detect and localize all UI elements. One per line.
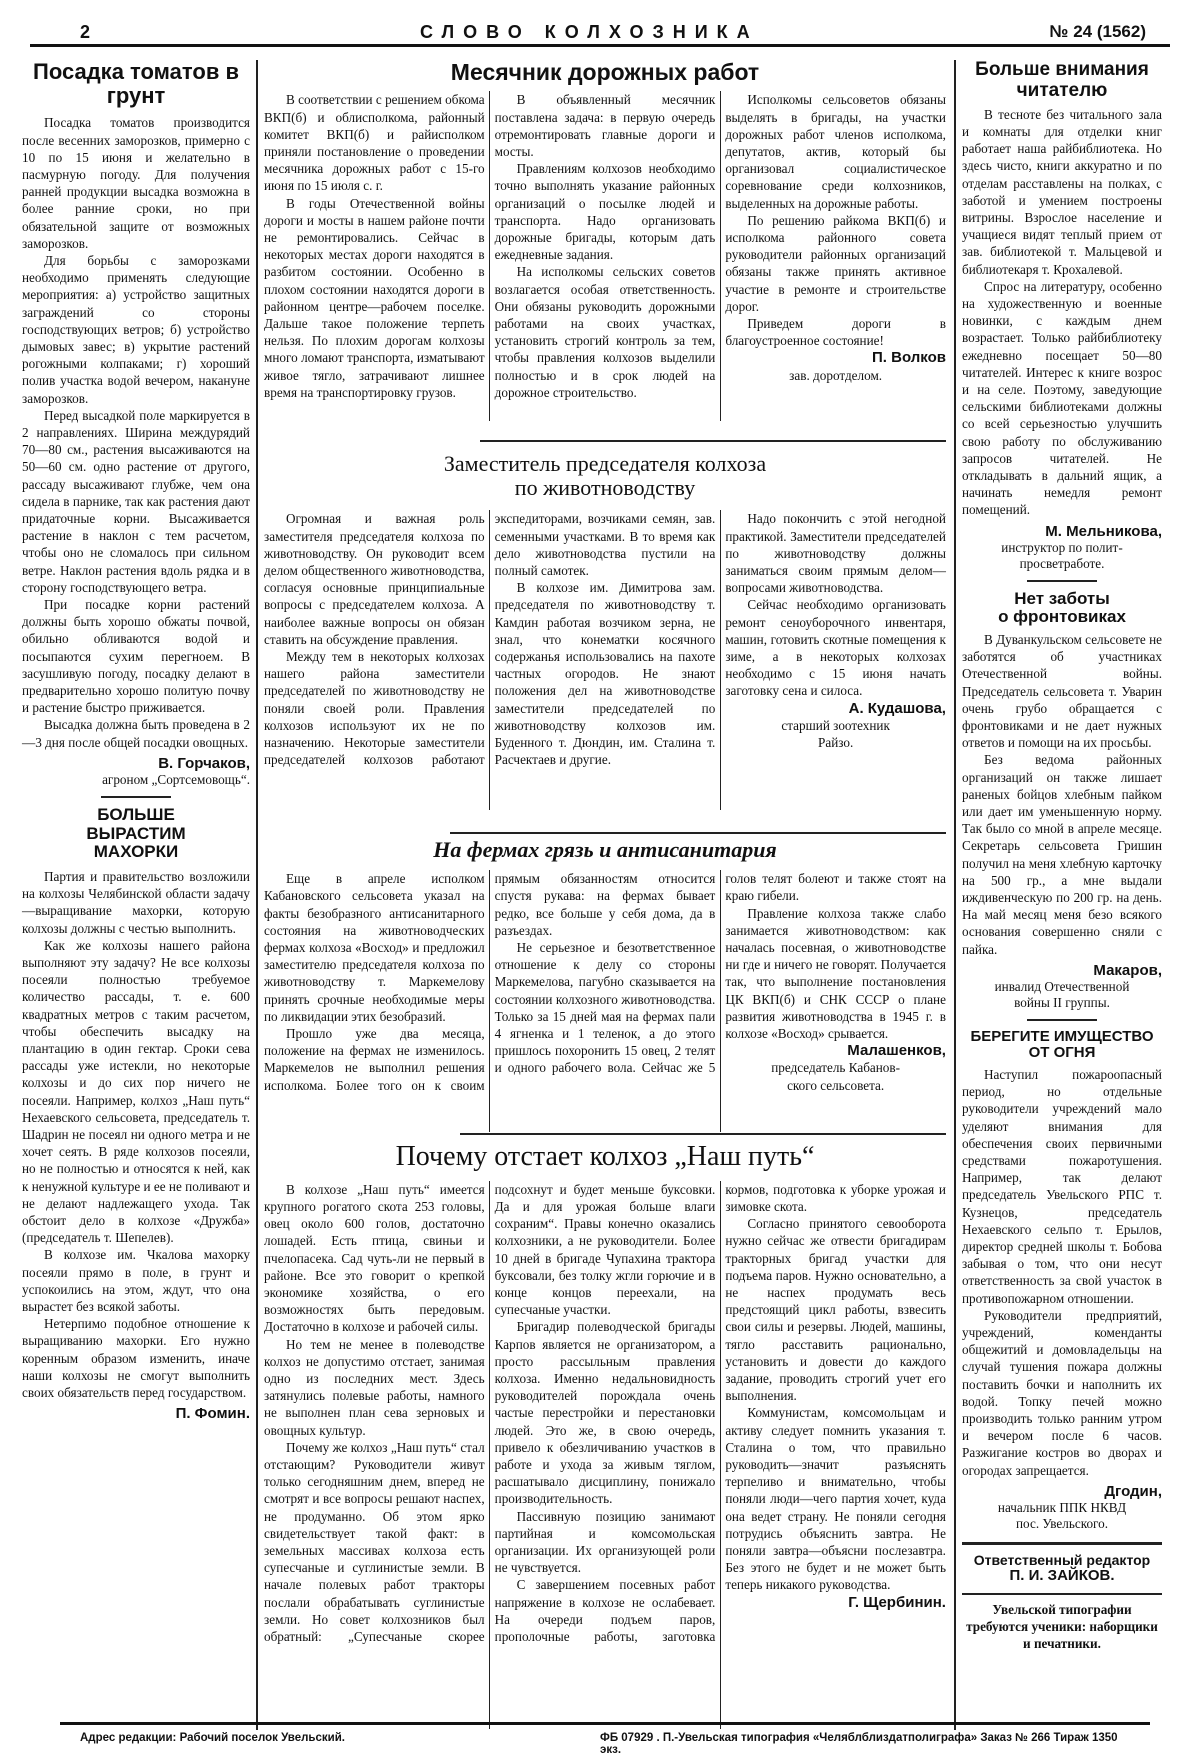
author-title: Райзо. (725, 734, 946, 751)
editor-name: П. И. ЗАЙКОВ. (962, 1568, 1162, 1585)
title-line: МАХОРКИ (22, 843, 250, 862)
paragraph: В тесноте без читального зала и комнаты … (962, 106, 1162, 278)
paragraph: Высадка должна быть проведена в 2—3 дня … (22, 716, 250, 750)
paragraph: На исполкомы сельских советов возлагаетс… (495, 263, 716, 401)
article-body: Посадка томатов производится после весен… (22, 114, 250, 751)
paragraph: В годы Отечественной войны дороги и мост… (264, 195, 485, 401)
author-title: просветработе. (962, 556, 1162, 572)
column-divider (954, 60, 956, 1730)
paragraph: Правлениям колхозов необходимо точно вып… (495, 160, 716, 263)
paragraph: Бригадир полеводческой бригады Карпов яв… (495, 1318, 716, 1507)
article-tomatoes: Посадка томатов в грунт Посадка томатов … (22, 60, 250, 1422)
newspaper-name: СЛОВО КОЛХОЗНИКА (420, 22, 759, 43)
author-signature: Г. Щербинин. (725, 1594, 946, 1611)
title-line: по животноводству (264, 476, 946, 500)
article-body: Еще в апреле исполком Кабановского сельс… (264, 870, 946, 1132)
paragraph: Посадка томатов производится после весен… (22, 114, 250, 252)
article-body: В колхозе „Наш путь“ имеется крупного ро… (264, 1181, 946, 1729)
author-title: старший зоотехник (725, 717, 946, 734)
separator (1027, 1019, 1097, 1021)
paragraph: В колхозе „Наш путь“ имеется крупного ро… (264, 1181, 485, 1336)
paragraph: Спрос на литературу, особенно на художес… (962, 278, 1162, 519)
author-title: председатель Кабанов- (725, 1059, 946, 1076)
title-line: Больше внимания (962, 60, 1162, 81)
title-line: ВЫРАСТИМ (22, 825, 250, 844)
article-title: Заместитель председателя колхоза по живо… (264, 452, 946, 500)
separator (101, 796, 171, 798)
article-roads: Месячник дорожных работ В соответствии с… (264, 60, 946, 421)
author-title: инструктор по полит- (962, 540, 1162, 556)
separator (1027, 580, 1097, 582)
paragraph: Исполкомы сельсоветов обязаны выделять в… (725, 91, 946, 211)
article-body: В соответствии с решением обкома ВКП(б) … (264, 91, 946, 421)
author-signature: В. Горчаков, (22, 755, 250, 772)
paragraph: Как же колхозы нашего района выполняют э… (22, 937, 250, 1247)
paragraph: При посадке корни растений должны быть х… (22, 596, 250, 716)
article-title: Посадка томатов в грунт (22, 60, 250, 108)
paragraph: Сейчас необходимо организовать ремонт се… (725, 596, 946, 699)
paragraph: Коммунистам, комсомольцам и активу следу… (725, 1404, 946, 1593)
article-title: Месячник дорожных работ (264, 60, 946, 85)
page-number: 2 (80, 22, 90, 43)
masthead-rule (30, 44, 1170, 47)
article-veterans: Нет заботы о фронтовиках В Дуванкульском… (962, 590, 1162, 1011)
article-title: На фермах грязь и антисанитария (264, 838, 946, 862)
author-signature: Малашенков, (725, 1042, 946, 1059)
author-signature: Макаров, (962, 962, 1162, 979)
article-title: БЕРЕГИТЕ ИМУЩЕСТВО ОТ ОГНЯ (962, 1029, 1162, 1062)
author-signature: А. Кудашова, (725, 700, 946, 717)
article-body: Партия и правительство возложили на колх… (22, 868, 250, 1401)
article-farms: На фермах грязь и антисанитария Еще в ап… (264, 838, 946, 1132)
title-line: БОЛЬШЕ (22, 806, 250, 825)
paragraph: Для борьбы с заморозками необходимо прим… (22, 252, 250, 407)
article-body: Наступил пожароопасный период, но отдель… (962, 1066, 1162, 1479)
column-divider (256, 60, 258, 1730)
footer-imprint: ФБ 07929 . П.-Увельская типография «Челя… (600, 1732, 1140, 1756)
article-library: Больше внимания читателю В тесноте без ч… (962, 60, 1162, 572)
paragraph: Перед высадкой поле маркируется в 2 напр… (22, 407, 250, 596)
author-title: пос. Увельского. (962, 1516, 1162, 1532)
article-title: БОЛЬШЕ ВЫРАСТИМ МАХОРКИ (22, 806, 250, 862)
title-line: ОТ ОГНЯ (962, 1045, 1162, 1062)
author-signature: М. Мельникова, (962, 523, 1162, 540)
paragraph: В колхозе им. Чкалова махорку посеяли пр… (22, 1246, 250, 1315)
paragraph: Надо покончить с этой негодной практикой… (725, 510, 946, 596)
issue-number: № 24 (1562) (1050, 22, 1146, 42)
paragraph: В Дуванкульском сельсовете не заботятся … (962, 631, 1162, 751)
author-signature: П. Фомин. (22, 1405, 250, 1422)
article-body: В тесноте без читального зала и комнаты … (962, 106, 1162, 519)
article-body: Огромная и важная роль заместителя предс… (264, 510, 946, 810)
article-body: В Дуванкульском сельсовете не заботятся … (962, 631, 1162, 958)
right-column: Больше внимания читателю В тесноте без ч… (962, 60, 1162, 1652)
paragraph: Еще в апреле исполком Кабановского сельс… (264, 870, 485, 1025)
paragraph: Приведем дороги в благоустроенное состоя… (725, 315, 946, 349)
author-title: зав. доротделом. (725, 367, 946, 384)
paragraph: По решению райкома ВКП(б) и исполкома ра… (725, 212, 946, 315)
paragraph: Правление колхоза также слабо занимается… (725, 905, 946, 1043)
paragraph: Нетерпимо подобное отношение к выращиван… (22, 1315, 250, 1401)
article-fire: БЕРЕГИТЕ ИМУЩЕСТВО ОТ ОГНЯ Наступил пожа… (962, 1029, 1162, 1532)
paragraph: Пассивную позицию занимают партийная и к… (495, 1508, 716, 1577)
footer-address: Адрес редакции: Рабочий поселок Увельски… (80, 1732, 345, 1744)
paragraph: В соответствии с решением обкома ВКП(б) … (264, 91, 485, 194)
paragraph: Руководители предприятий, учреждений, ко… (962, 1307, 1162, 1479)
paragraph: Но тем не менее в полеводстве колхоз не … (264, 1336, 485, 1439)
article-deputy: Заместитель председателя колхоза по живо… (264, 452, 946, 810)
title-line: Нет заботы (962, 590, 1162, 609)
title-line: БЕРЕГИТЕ ИМУЩЕСТВО (962, 1029, 1162, 1046)
paragraph: Согласно принятого севооборота нужно сей… (725, 1215, 946, 1404)
author-title: начальник ППК НКВД (962, 1500, 1162, 1516)
section-rule (450, 832, 946, 834)
title-line: о фронтовиках (962, 608, 1162, 627)
notice-text: Увельской типографии требуются ученики: … (962, 1601, 1162, 1653)
title-line: читателю (962, 81, 1162, 102)
section-rule (480, 440, 946, 442)
author-title: агроном „Сортсемовощь“. (22, 772, 250, 788)
article-title: Нет заботы о фронтовиках (962, 590, 1162, 627)
article-title: Больше внимания читателю (962, 60, 1162, 102)
paragraph: Партия и правительство возложили на колх… (22, 868, 250, 937)
author-title: инвалид Отечественной (962, 979, 1162, 995)
author-title: войны II группы. (962, 995, 1162, 1011)
paragraph: Наступил пожароопасный период, но отдель… (962, 1066, 1162, 1307)
notice-box: Увельской типографии требуются ученики: … (962, 1593, 1162, 1653)
article-makhorka: БОЛЬШЕ ВЫРАСТИМ МАХОРКИ Партия и правите… (22, 806, 250, 1422)
author-signature: Дгодин, (962, 1483, 1162, 1500)
article-title: Почему отстает колхоз „Наш путь“ (264, 1142, 946, 1173)
paragraph: В объявленный месячник поставлена задача… (495, 91, 716, 160)
footer-rule (60, 1722, 1150, 1725)
paragraph: Без ведома районных организаций он также… (962, 751, 1162, 957)
section-rule (460, 1133, 946, 1135)
editor-box: Ответственный редактор П. И. ЗАЙКОВ. (962, 1542, 1162, 1585)
paragraph: Огромная и важная роль заместителя предс… (264, 510, 485, 648)
author-signature: П. Волков (725, 349, 946, 366)
paragraph: В колхозе им. Димитрова зам. председател… (495, 579, 716, 768)
editor-label: Ответственный редактор (962, 1553, 1162, 1568)
author-title: ского сельсовета. (725, 1077, 946, 1094)
article-nash-put: Почему отстает колхоз „Наш путь“ В колхо… (264, 1142, 946, 1729)
title-line: Заместитель председателя колхоза (264, 452, 946, 476)
